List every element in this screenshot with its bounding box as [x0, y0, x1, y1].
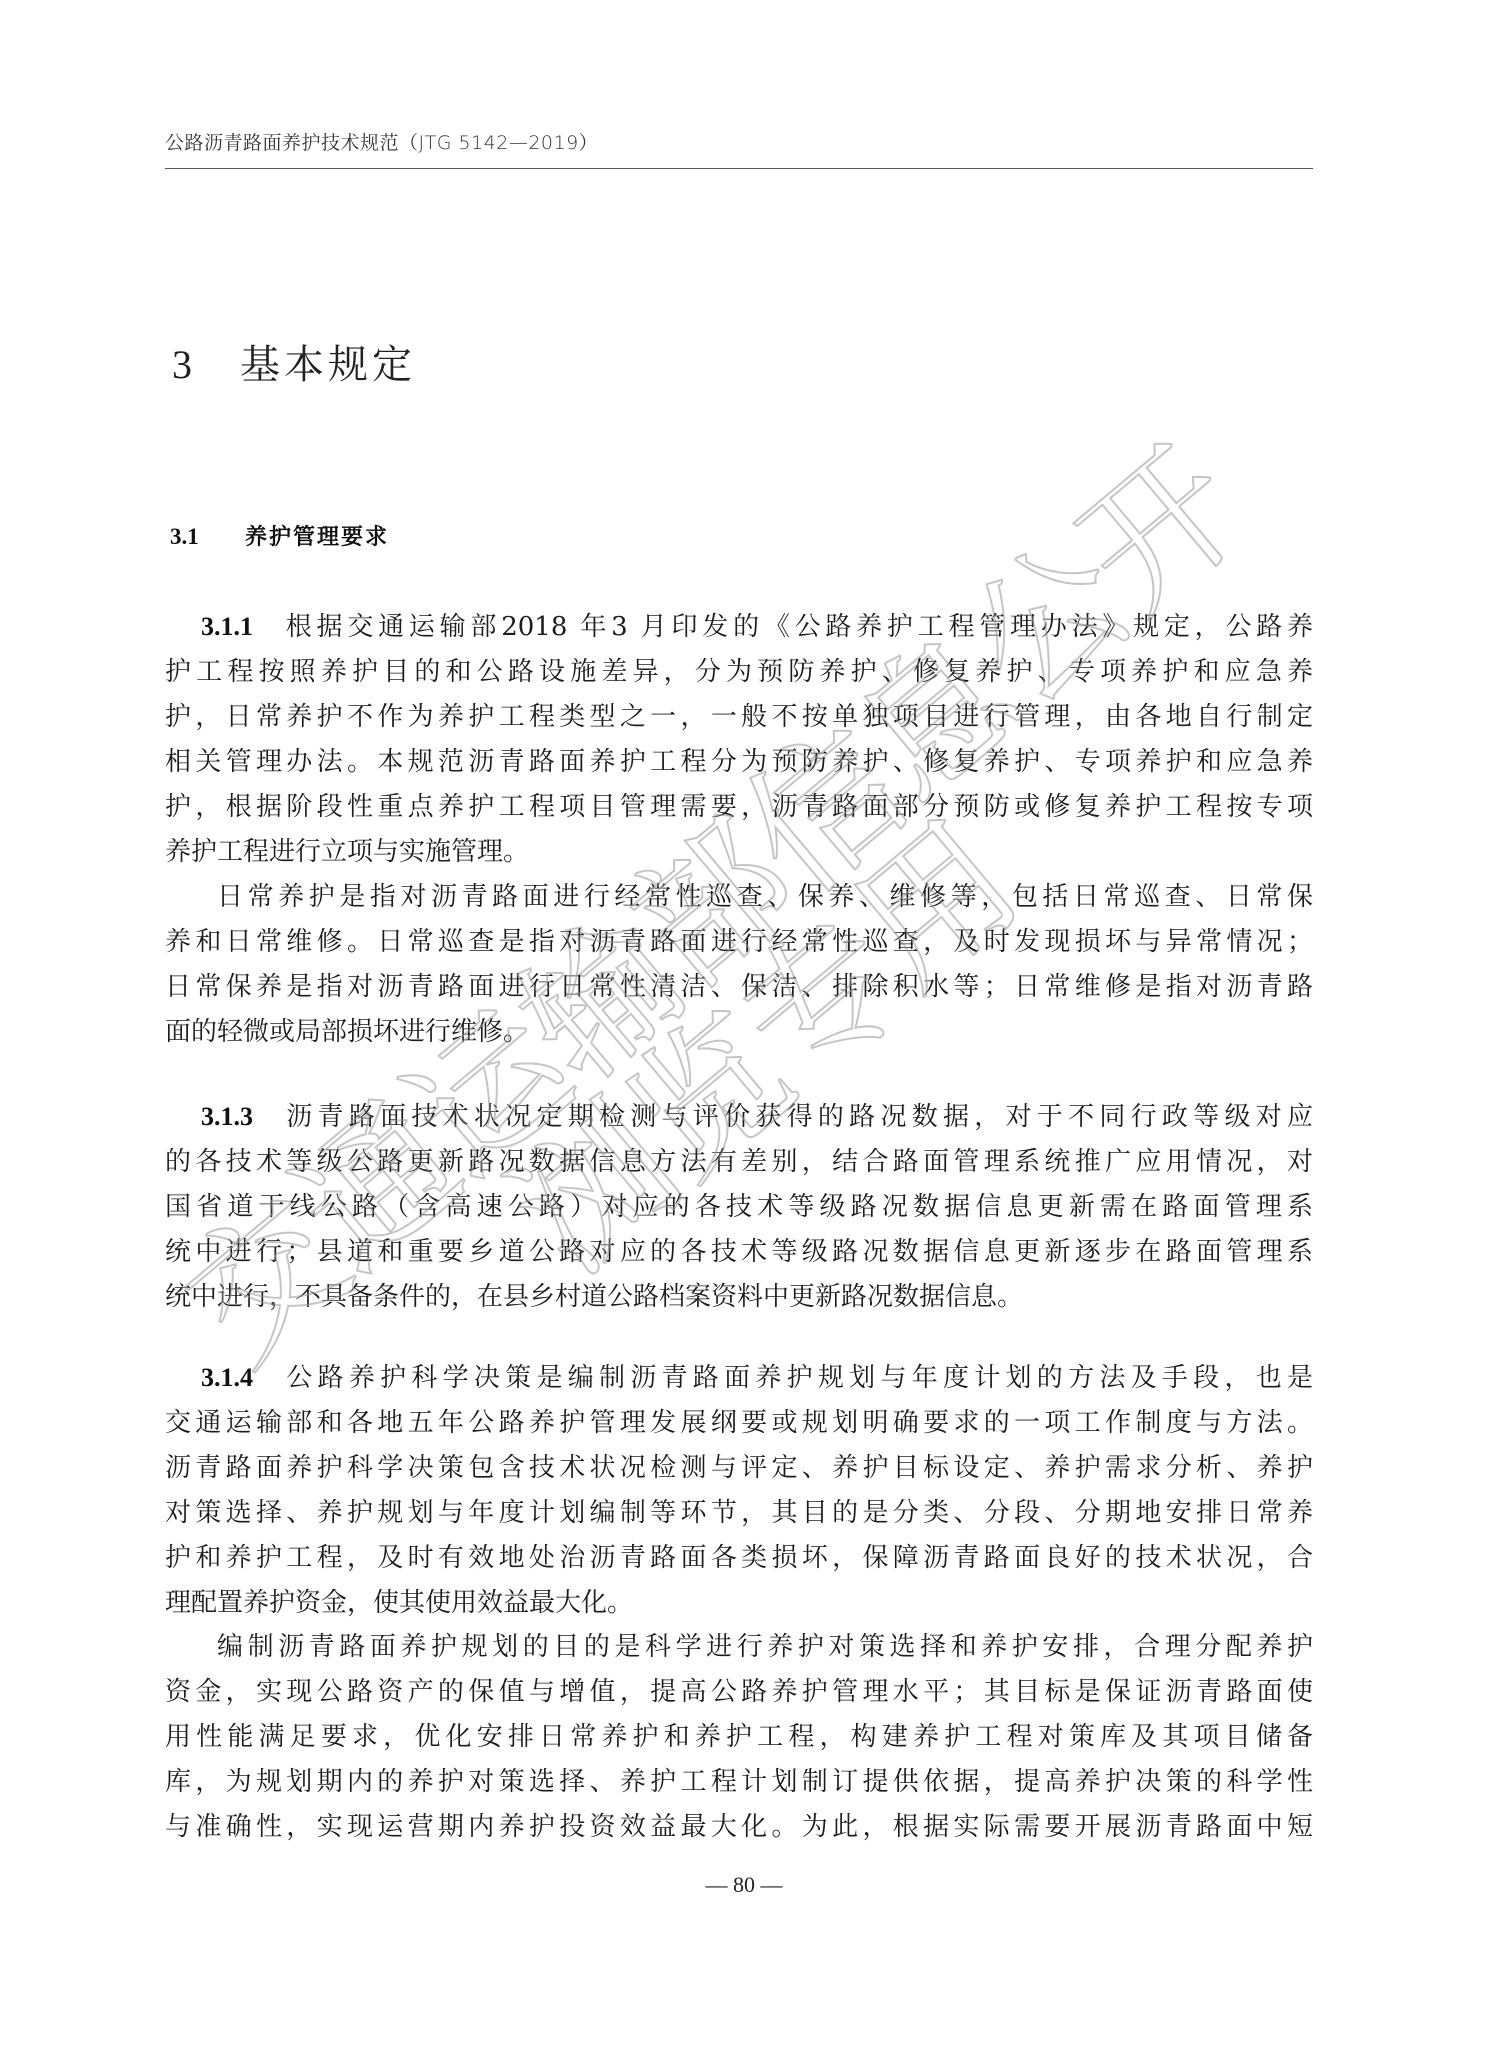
- text-line: 日常养护是指对沥青路面进行经常性巡查、保养、维修等，包括日常巡查、日常保: [165, 875, 1313, 920]
- clause-3-1-4-paragraph-2: 编制沥青路面养护规划的目的是科学进行养护对策选择和养护安排，合理分配养护 资金，…: [165, 1625, 1313, 1850]
- text-line: 护，根据阶段性重点养护工程项目管理需要，沥青路面部分预防或修复养护工程按专项: [165, 785, 1313, 830]
- text-line: 统中进行；县道和重要乡道公路对应的各技术等级路况数据信息更新逐步在路面管理系: [165, 1230, 1313, 1275]
- text-line: 日常保养是指对沥青路面进行日常性清洁、保洁、排除积水等；日常维修是指对沥青路: [165, 965, 1313, 1010]
- text-line: 护和养护工程，及时有效地处治沥青路面各类损坏，保障沥青路面良好的技术状况，合: [165, 1536, 1313, 1581]
- text-line: 相关管理办法。本规范沥青路面养护工程分为预防养护、修复养护、专项养护和应急养: [165, 740, 1313, 785]
- clause-3-1-4: 3.1.4公路养护科学决策是编制沥青路面养护规划与年度计划的方法及手段，也是 交…: [165, 1355, 1313, 1626]
- text-line: 交通运输部和各地五年公路养护管理发展纲要或规划明确要求的一项工作制度与方法。: [165, 1401, 1313, 1446]
- text-line: 对策选择、养护规划与年度计划编制等环节，其目的是分类、分段、分期地安排日常养: [165, 1491, 1313, 1536]
- section-number: 3.1: [170, 524, 245, 550]
- text-line: 3.1.4公路养护科学决策是编制沥青路面养护规划与年度计划的方法及手段，也是: [165, 1355, 1313, 1401]
- section-title: 养护管理要求: [245, 520, 389, 551]
- text-line: 护工程按照养护目的和公路设施差异，分为预防养护、修复养护、专项养护和应急养: [165, 650, 1313, 695]
- text-line: 3.1.3沥青路面技术状况定期检测与评价获得的路况数据，对于不同行政等级对应: [165, 1094, 1313, 1140]
- document-page: 公路沥青路面养护技术规范（JTG 5142—2019） 3 基本规定 3.1 养…: [0, 0, 1488, 2054]
- text-run: 沥青路面技术状况定期检测与评价获得的路况数据，对于不同行政等级对应: [281, 1102, 1313, 1132]
- page-number: — 80 —: [0, 1872, 1488, 1898]
- clause-number: 3.1.3: [201, 1102, 253, 1131]
- text-line: 与准确性，实现运营期内养护投资效益最大化。为此，根据实际需要开展沥青路面中短: [165, 1805, 1313, 1850]
- clause-3-1-3: 3.1.3沥青路面技术状况定期检测与评价获得的路况数据，对于不同行政等级对应 的…: [165, 1094, 1313, 1320]
- header-rule: [165, 168, 1313, 169]
- section-heading: 3.1 养护管理要求: [170, 520, 389, 551]
- text-line: 理配置养护资金，使其使用效益最大化。: [165, 1581, 1313, 1626]
- text-line: 养护工程进行立项与实施管理。: [165, 830, 1313, 875]
- clause-3-1-1: 3.1.1根据交通运输部2018 年3 月印发的《公路养护工程管理办法》规定，公…: [165, 604, 1313, 875]
- text-run: 公路养护科学决策是编制沥青路面养护规划与年度计划的方法及手段，也是: [281, 1363, 1313, 1393]
- chapter-number: 3: [172, 341, 240, 388]
- text-line: 资金，实现公路资产的保值与增值，提高公路养护管理水平；其目标是保证沥青路面使: [165, 1670, 1313, 1715]
- text-line: 用性能满足要求，优化安排日常养护和养护工程，构建养护工程对策库及其项目储备: [165, 1715, 1313, 1760]
- clause-number: 3.1.4: [201, 1363, 253, 1392]
- text-line: 统中进行，不具备条件的，在县乡村道公路档案资料中更新路况数据信息。: [165, 1275, 1313, 1320]
- text-line: 养和日常维修。日常巡查是指对沥青路面进行经常性巡查，及时发现损坏与异常情况；: [165, 920, 1313, 965]
- text-line: 国省道干线公路（含高速公路）对应的各技术等级路况数据信息更新需在路面管理系: [165, 1185, 1313, 1230]
- text-line: 面的轻微或局部损坏进行维修。: [165, 1010, 1313, 1055]
- clause-3-1-1-paragraph-2: 日常养护是指对沥青路面进行经常性巡查、保养、维修等，包括日常巡查、日常保 养和日…: [165, 875, 1313, 1055]
- text-line: 的各技术等级公路更新路况数据信息方法有差别，结合路面管理系统推广应用情况，对: [165, 1140, 1313, 1185]
- text-line: 沥青路面养护科学决策包含技术状况检测与评定、养护目标设定、养护需求分析、养护: [165, 1446, 1313, 1491]
- chapter-title: 基本规定: [240, 333, 416, 390]
- text-line: 库，为规划期内的养护对策选择、养护工程计划制订提供依据，提高养护决策的科学性: [165, 1760, 1313, 1805]
- text-line: 3.1.1根据交通运输部2018 年3 月印发的《公路养护工程管理办法》规定，公…: [165, 604, 1313, 650]
- running-header: 公路沥青路面养护技术规范（JTG 5142—2019）: [165, 128, 598, 155]
- text-run: 根据交通运输部2018 年3 月印发的《公路养护工程管理办法》规定，公路养: [281, 612, 1313, 642]
- text-line: 编制沥青路面养护规划的目的是科学进行养护对策选择和养护安排，合理分配养护: [165, 1625, 1313, 1670]
- clause-number: 3.1.1: [201, 612, 253, 641]
- chapter-heading: 3 基本规定: [172, 333, 416, 390]
- text-line: 护，日常养护不作为养护工程类型之一，一般不按单独项目进行管理，由各地自行制定: [165, 695, 1313, 740]
